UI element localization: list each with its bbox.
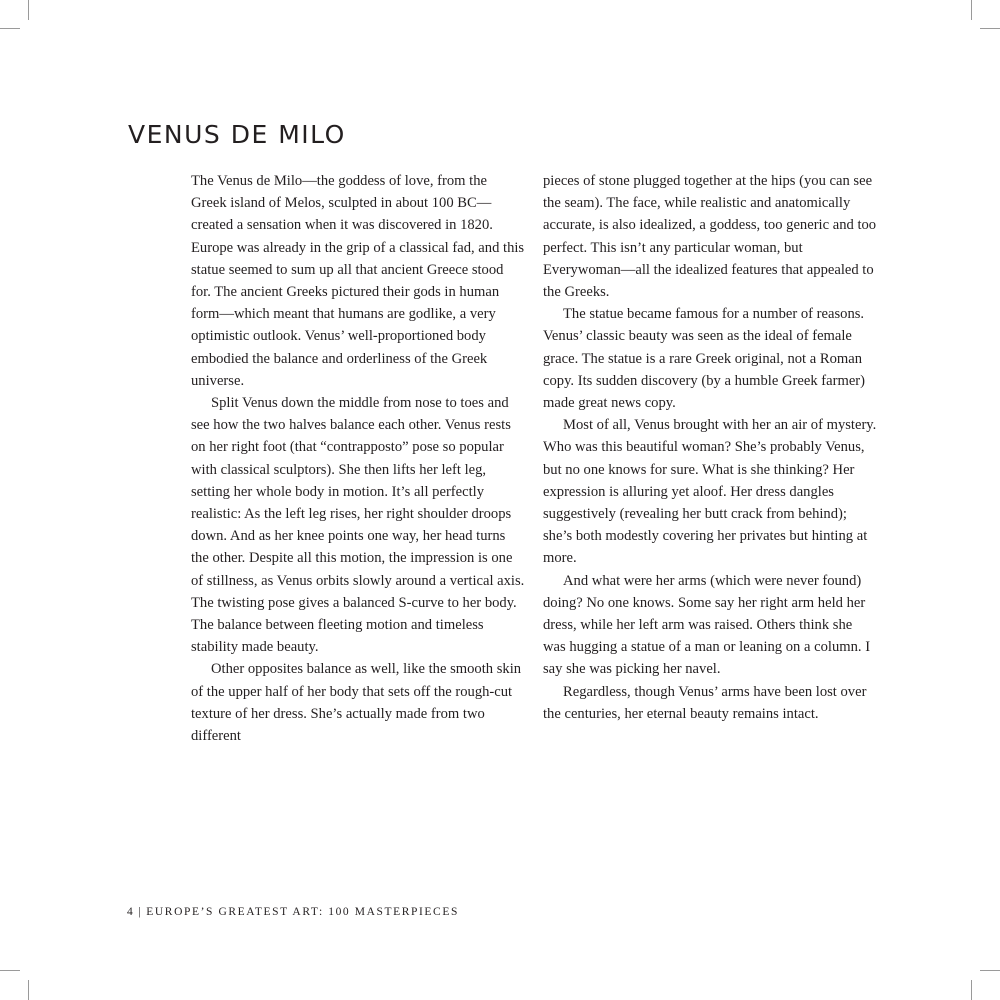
footer-separator: | xyxy=(138,906,142,918)
page-number: 4 xyxy=(127,906,134,918)
crop-mark-bottom-left-vertical xyxy=(28,980,29,1000)
paragraph: Split Venus down the middle from nose to… xyxy=(191,392,526,658)
paragraph: The Venus de Milo—the goddess of love, f… xyxy=(191,170,526,392)
crop-mark-top-left-horizontal xyxy=(0,28,20,29)
crop-mark-bottom-right-horizontal xyxy=(980,970,1000,971)
crop-mark-top-right-horizontal xyxy=(980,28,1000,29)
crop-mark-bottom-right-vertical xyxy=(971,980,972,1000)
paragraph: Other opposites balance as well, like th… xyxy=(191,658,526,747)
text-column-right: pieces of stone plugged together at the … xyxy=(543,170,878,725)
text-column-left: The Venus de Milo—the goddess of love, f… xyxy=(191,170,526,747)
running-footer: 4|EUROPE’S GREATEST ART: 100 MASTERPIECE… xyxy=(127,906,459,918)
paragraph: Most of all, Venus brought with her an a… xyxy=(543,414,878,569)
paragraph: pieces of stone plugged together at the … xyxy=(543,170,878,303)
paragraph: Regardless, though Venus’ arms have been… xyxy=(543,681,878,725)
crop-mark-top-left-vertical xyxy=(28,0,29,20)
crop-mark-top-right-vertical xyxy=(971,0,972,20)
page-title: VENUS DE MILO xyxy=(128,120,346,149)
paragraph: The statue became famous for a number of… xyxy=(543,303,878,414)
book-title: EUROPE’S GREATEST ART: 100 MASTERPIECES xyxy=(146,906,459,918)
paragraph: And what were her arms (which were never… xyxy=(543,570,878,681)
crop-mark-bottom-left-horizontal xyxy=(0,970,20,971)
